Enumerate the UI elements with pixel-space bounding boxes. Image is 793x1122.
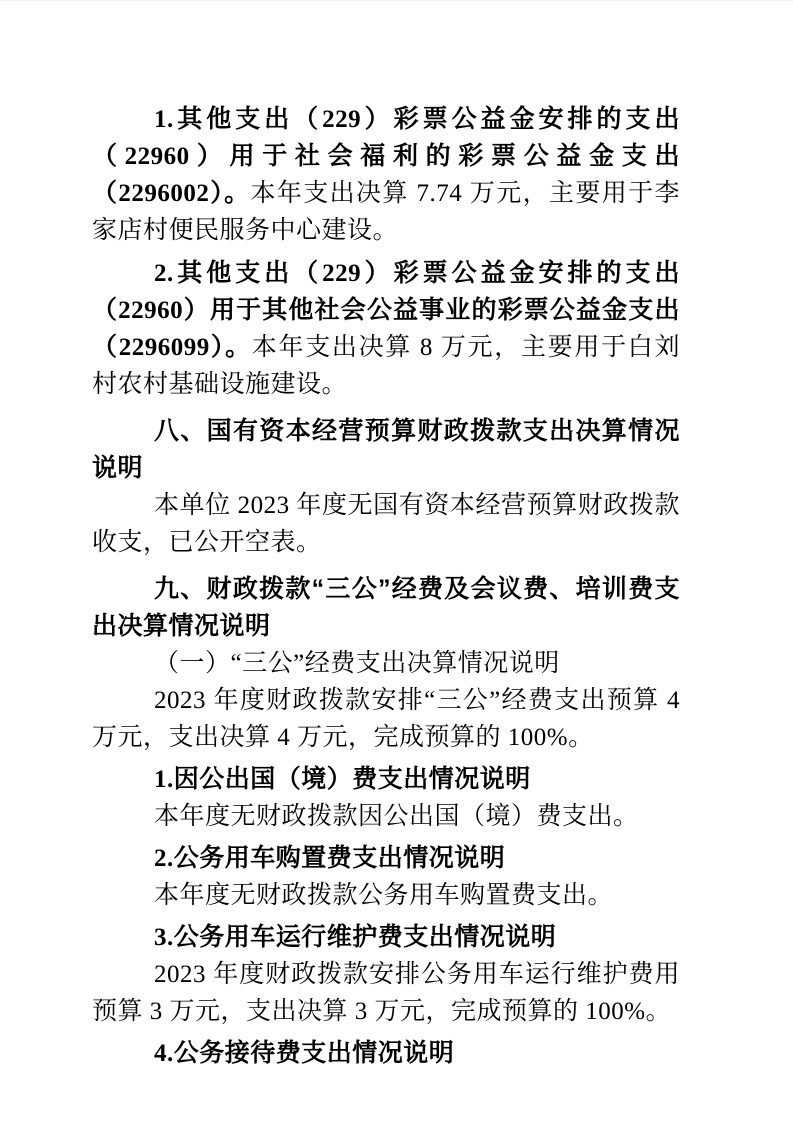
sub-heading-4: 4.公务接待费支出情况说明 [92, 1035, 680, 1072]
sub-2-body: 本年度无财政拨款公务用车购置费支出。 [92, 877, 680, 914]
sub-heading-3: 3.公务用车运行维护费支出情况说明 [92, 919, 680, 956]
document-page: 1.其他支出（229）彩票公益金安排的支出（22960）用于社会福利的彩票公益金… [0, 0, 793, 1122]
numbered-item-2: 2.其他支出（229）彩票公益金安排的支出（22960）用于其他社会公益事业的彩… [92, 255, 680, 403]
numbered-item-1: 1.其他支出（229）彩票公益金安排的支出（22960）用于社会福利的彩票公益金… [92, 101, 680, 249]
sub-heading-1: 1.因公出国（境）费支出情况说明 [92, 761, 680, 798]
sub-1-body: 本年度无财政拨款因公出国（境）费支出。 [92, 798, 680, 835]
sub-heading-yi: （一）“三公”经费支出决算情况说明 [92, 645, 680, 682]
section-heading-9: 九、财政拨款“三公”经费及会议费、培训费支出决算情况说明 [92, 571, 680, 645]
sub-heading-2: 2.公务用车购置费支出情况说明 [92, 840, 680, 877]
section-8-body: 本单位 2023 年度无国有资本经营预算财政拨款收支，已公开空表。 [92, 487, 680, 561]
sub-3-body: 2023 年度财政拨款安排公务用车运行维护费用预算 3 万元，支出决算 3 万元… [92, 956, 680, 1030]
section-heading-8: 八、国有资本经营预算财政拨款支出决算情况说明 [92, 413, 680, 487]
sangong-summary: 2023 年度财政拨款安排“三公”经费支出预算 4 万元，支出决算 4 万元，完… [92, 682, 680, 756]
